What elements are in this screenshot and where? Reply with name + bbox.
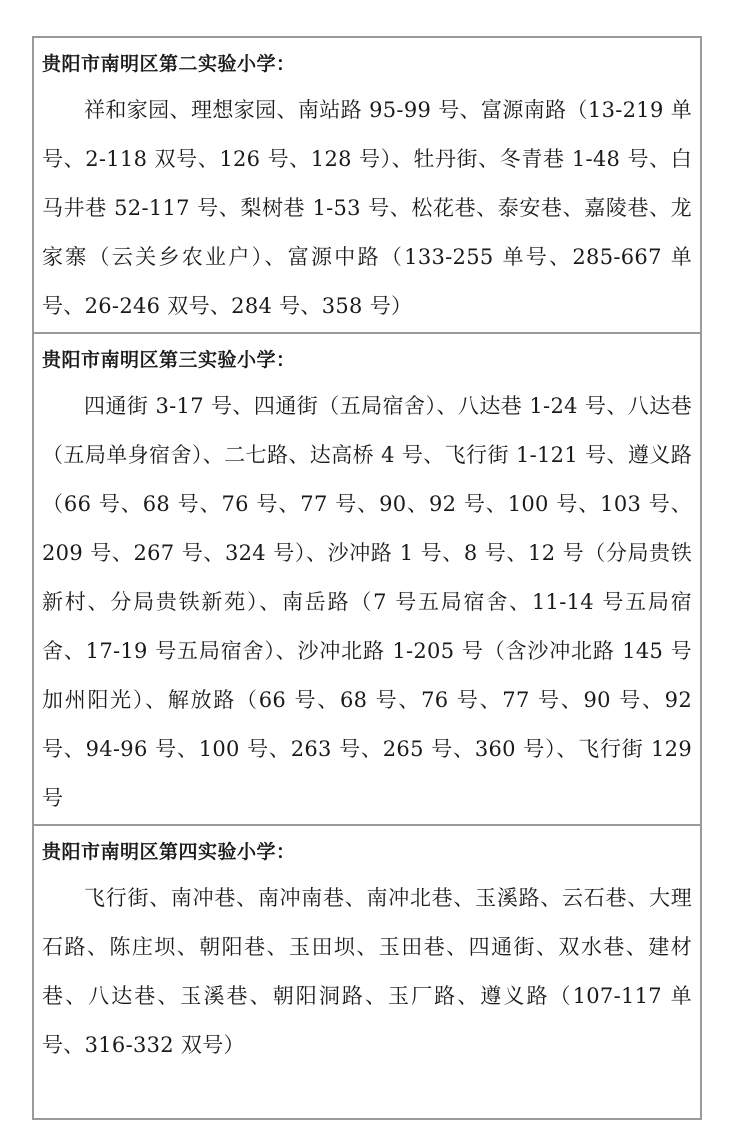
table-row: 贵阳市南明区第二实验小学： 祥和家园、理想家园、南站路 95-99 号、富源南路… xyxy=(34,38,700,332)
table-row: 贵阳市南明区第四实验小学： 飞行街、南冲巷、南冲南巷、南冲北巷、玉溪路、云石巷、… xyxy=(34,824,700,1118)
area-list: 四通街 3-17 号、四通街（五局宿舍）、八达巷 1-24 号、八达巷（五局单身… xyxy=(42,382,692,823)
school-title: 贵阳市南明区第三实验小学： xyxy=(42,334,692,386)
area-list: 飞行街、南冲巷、南冲南巷、南冲北巷、玉溪路、云石巷、大理石路、陈庄坝、朝阳巷、玉… xyxy=(42,874,692,1070)
school-title: 贵阳市南明区第四实验小学： xyxy=(42,826,692,878)
school-title: 贵阳市南明区第二实验小学： xyxy=(42,38,692,90)
school-district-table: 贵阳市南明区第二实验小学： 祥和家园、理想家园、南站路 95-99 号、富源南路… xyxy=(32,36,702,1120)
area-list: 祥和家园、理想家园、南站路 95-99 号、富源南路（13-219 单号、2-1… xyxy=(42,86,692,331)
table-row: 贵阳市南明区第三实验小学： 四通街 3-17 号、四通街（五局宿舍）、八达巷 1… xyxy=(34,332,700,824)
